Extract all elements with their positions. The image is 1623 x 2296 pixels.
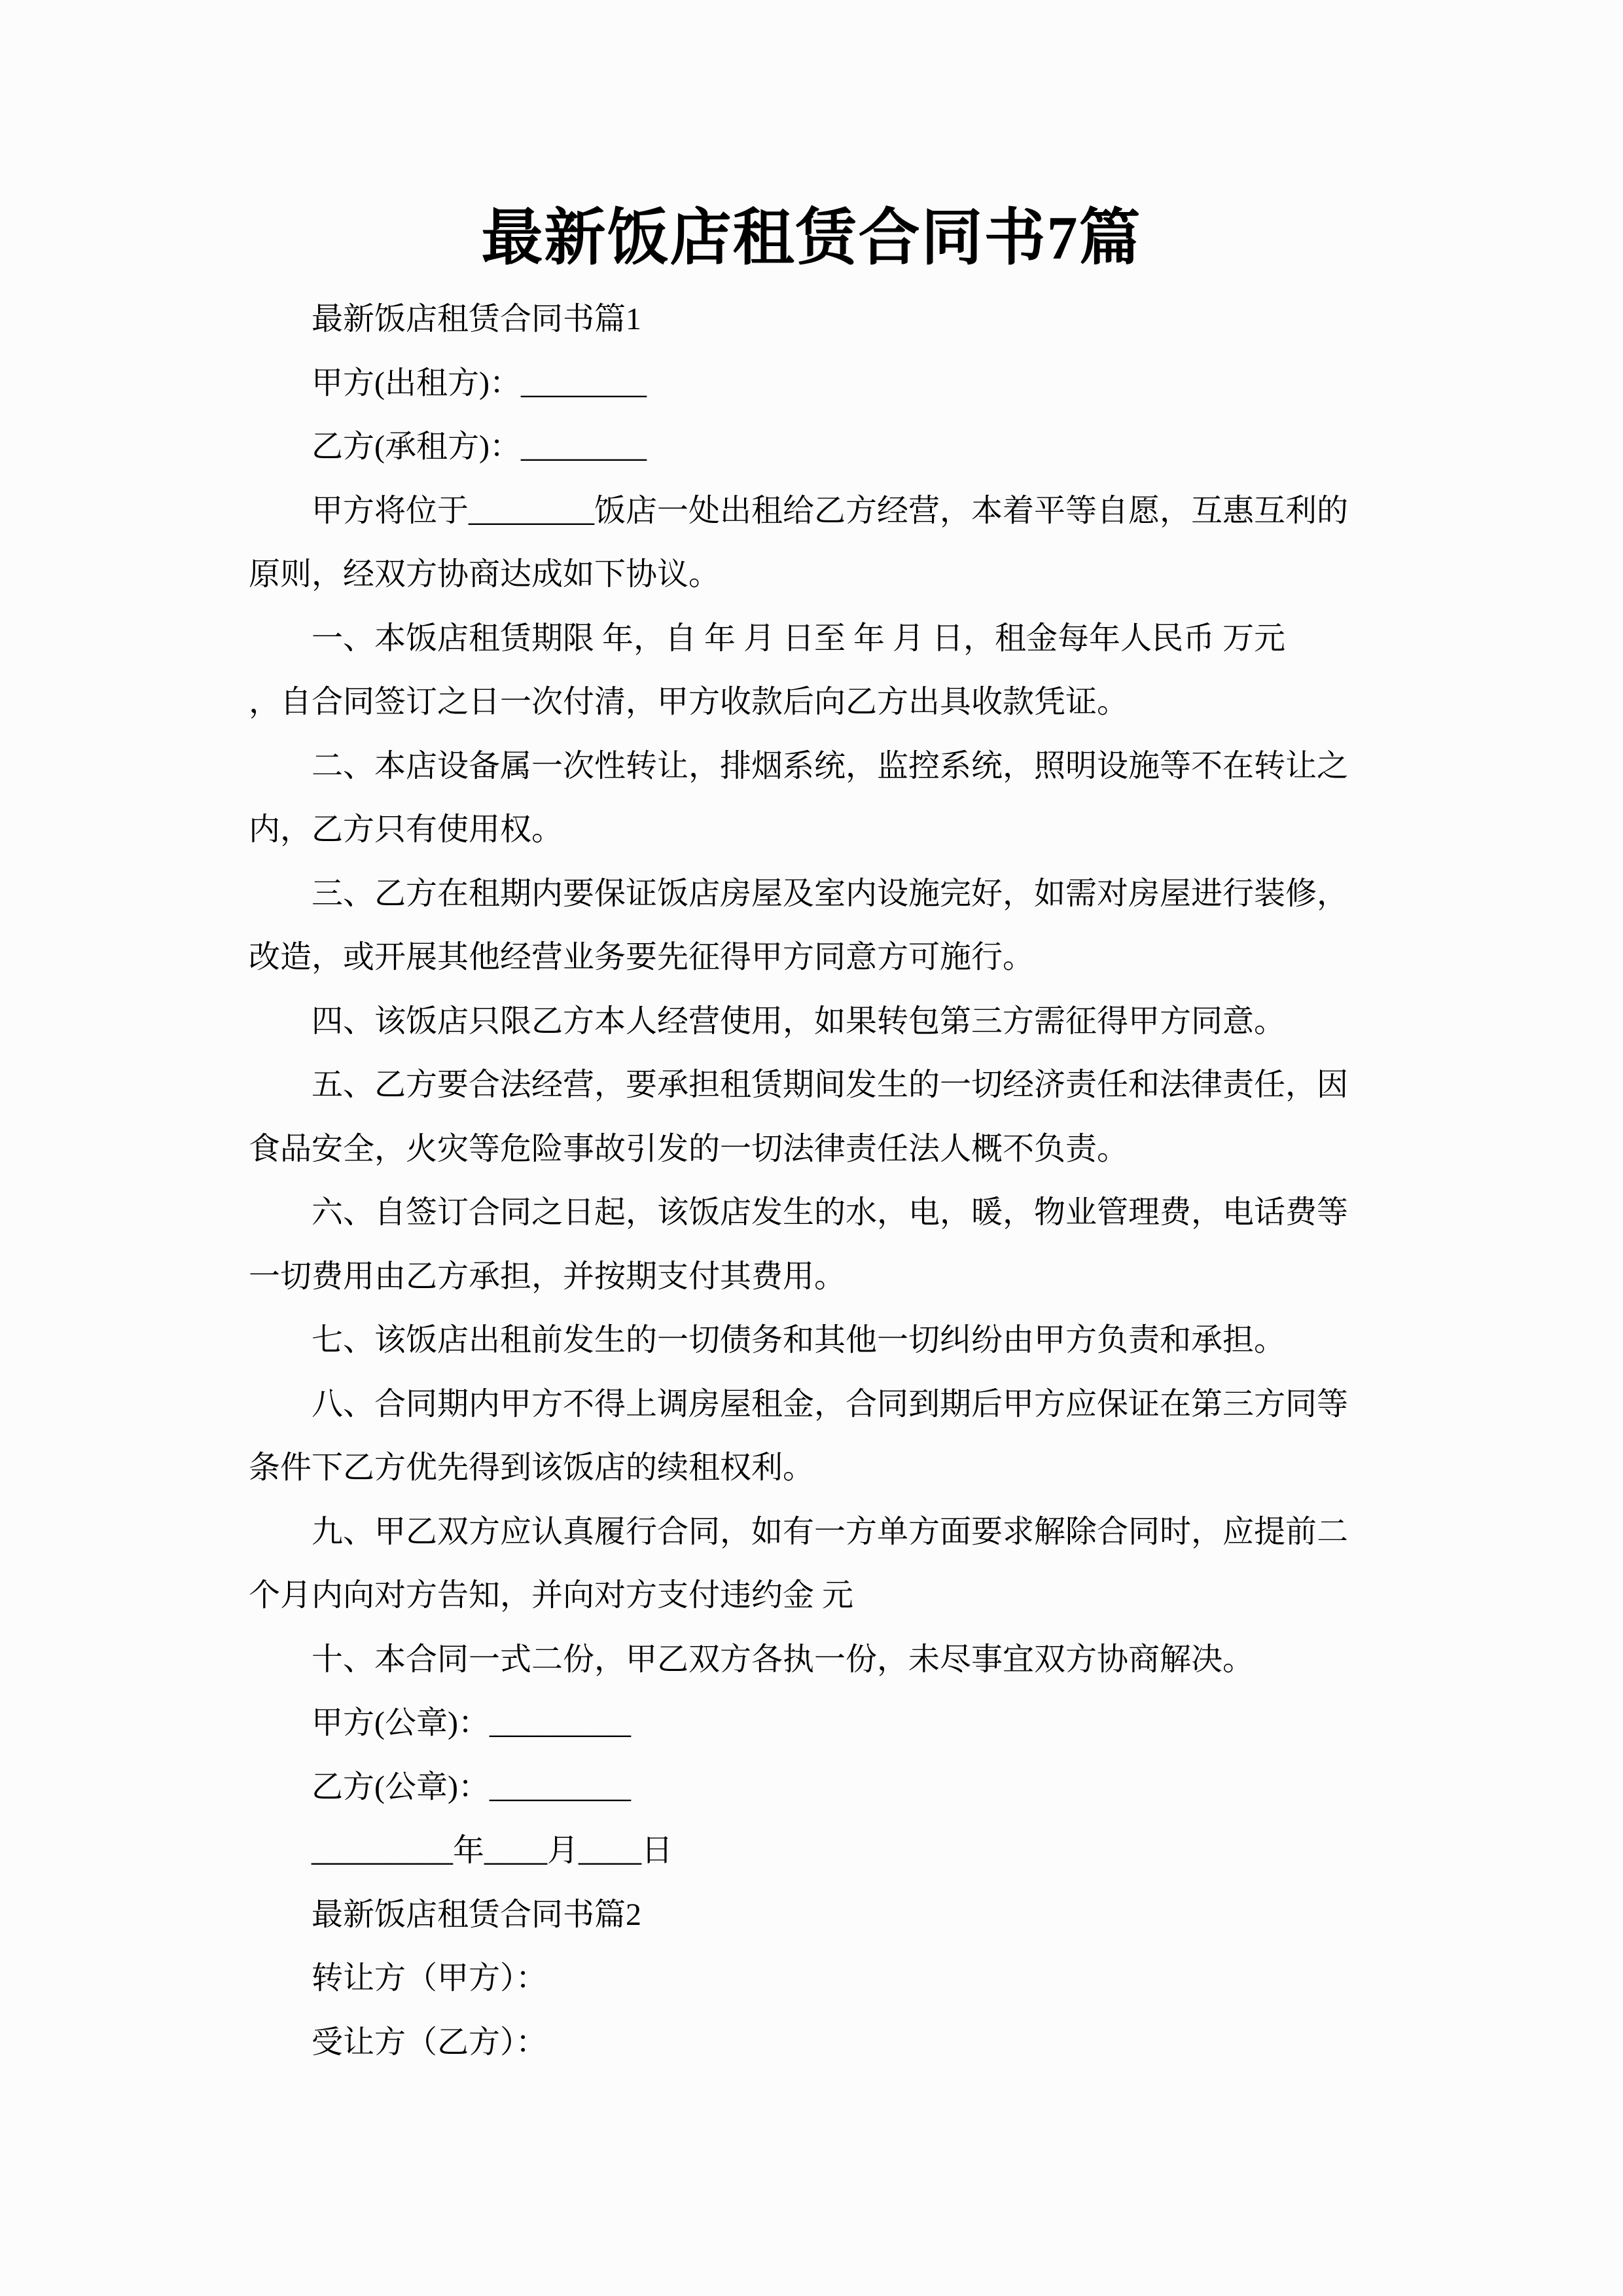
contract-line-14: 食品安全，火灾等危险事故引发的一切法律责任法人概不负责。 <box>249 1117 1378 1181</box>
contract-line-16: 一切费用由乙方承担，并按期支付其费用。 <box>249 1245 1378 1309</box>
document-title: 最新饭店租赁合同书7篇 <box>0 206 1623 271</box>
contract-line-27: 转让方（甲方）： <box>249 1946 1378 2011</box>
contract-line-20: 九、甲乙双方应认真履行合同，如有一方单方面要求解除合同时，应提前二 <box>249 1500 1378 1564</box>
contract-line-05: 原则，经双方协商达成如下协议。 <box>249 543 1378 607</box>
contract-line-21: 个月内向对方告知，并向对方支付违约金 元 <box>249 1564 1378 1628</box>
contract-line-15: 六、自签订合同之日起，该饭店发生的水，电，暖，物业管理费，电话费等 <box>249 1181 1378 1245</box>
contract-line-01: 最新饭店租赁合同书篇1 <box>249 287 1378 351</box>
document-body: 最新饭店租赁合同书篇1 甲方(出租方)：________ 乙方(承租方)：___… <box>249 287 1378 2074</box>
contract-line-09: 内，乙方只有使用权。 <box>249 798 1378 862</box>
contract-line-10: 三、乙方在租期内要保证饭店房屋及室内设施完好，如需对房屋进行装修， <box>249 862 1378 926</box>
contract-line-03: 乙方(承租方)：________ <box>249 415 1378 479</box>
contract-line-17: 七、该饭店出租前发生的一切债务和其他一切纠纷由甲方负责和承担。 <box>249 1308 1378 1372</box>
contract-line-04: 甲方将位于________饭店一处出租给乙方经营，本着平等自愿，互惠互利的 <box>249 479 1378 543</box>
contract-line-25: _________年____月____日 <box>249 1819 1378 1883</box>
contract-line-28: 受让方（乙方）： <box>249 2011 1378 2075</box>
contract-line-26: 最新饭店租赁合同书篇2 <box>249 1883 1378 1947</box>
contract-line-07: ，自合同签订之日一次付清，甲方收款后向乙方出具收款凭证。 <box>249 670 1378 734</box>
contract-line-18: 八、合同期内甲方不得上调房屋租金，合同到期后甲方应保证在第三方同等 <box>249 1372 1378 1437</box>
contract-line-02: 甲方(出租方)：________ <box>249 351 1378 416</box>
contract-line-11: 改造，或开展其他经营业务要先征得甲方同意方可施行。 <box>249 925 1378 990</box>
contract-line-12: 四、该饭店只限乙方本人经营使用，如果转包第三方需征得甲方同意。 <box>249 990 1378 1054</box>
contract-line-08: 二、本店设备属一次性转让，排烟系统，监控系统，照明设施等不在转让之 <box>249 734 1378 798</box>
contract-line-19: 条件下乙方优先得到该饭店的续租权利。 <box>249 1436 1378 1500</box>
contract-line-06: 一、本饭店租赁期限 年，自 年 月 日至 年 月 日，租金每年人民币 万元 <box>249 607 1378 671</box>
contract-line-23: 甲方(公章)：_________ <box>249 1691 1378 1755</box>
contract-line-22: 十、本合同一式二份，甲乙双方各执一份，未尽事宜双方协商解决。 <box>249 1628 1378 1692</box>
contract-document-page: 最新饭店租赁合同书7篇 最新饭店租赁合同书篇1 甲方(出租方)：________… <box>0 0 1623 2296</box>
contract-line-13: 五、乙方要合法经营，要承担租赁期间发生的一切经济责任和法律责任，因 <box>249 1053 1378 1117</box>
contract-line-24: 乙方(公章)：_________ <box>249 1755 1378 1820</box>
